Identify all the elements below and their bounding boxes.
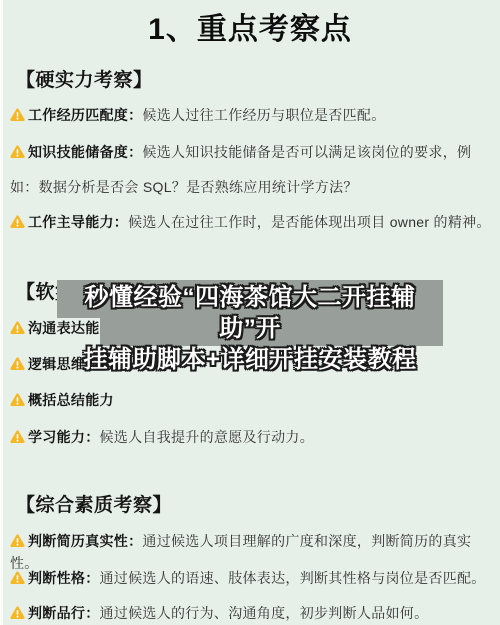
warning-icon [10,357,25,371]
bullet-desc: 通过候选人的语速、肢体表达，判断其性格与岗位是否匹配。 [100,570,486,586]
bullet-term: 判断品行： [28,605,100,621]
warning-icon [10,108,25,122]
bullet-row: 概括总结能力 [10,389,497,411]
warning-icon [10,215,25,229]
bullet-term: 工作主导能力： [28,214,128,230]
bullet-term: 概括总结能力 [28,392,114,408]
bullet-row: 判断性格：通过候选人的语速、肢体表达，判断其性格与岗位是否匹配。 [10,567,497,589]
caption-line-2: 挂辅助脚本+详细开挂安装教程 [57,344,443,375]
section-header-comprehensive: 【综合素质考察】 [16,494,172,518]
bullet-row: 判断品行：通过候选人的行为、沟通角度，初步判断人品如何。 [10,602,497,624]
bullet-term: 判断性格： [28,570,100,586]
bullet-term: 判断简历真实性： [28,533,142,549]
bullet-desc: 通过候选人的行为、沟通角度，初步判断人品如何。 [100,605,429,621]
bullet-desc: 候选人在过往工作时，是否能体现出项目 owner 的精神。 [128,214,491,230]
left-edge-strip [0,0,3,625]
caption-overlay-text: 秒懂经验“四海茶馆大二开挂辅助”开 挂辅助脚本+详细开挂安装教程 [57,282,443,375]
bullet-term: 工作经历匹配度： [28,107,142,123]
bullet-desc: 候选人过往工作经历与职位是否匹配。 [142,107,385,123]
warning-icon [10,321,25,335]
warning-icon [10,430,25,444]
bullet-term: 知识技能储备度： [28,144,142,160]
bullet-row: 工作主导能力：候选人在过往工作时，是否能体现出项目 owner 的精神。 [10,211,497,233]
section-header-hard-skills: 【硬实力考察】 [16,69,153,93]
bullet-desc: 候选人自我提升的意愿及行动力。 [100,429,315,445]
page-title: 1、重点考察点 [0,12,500,48]
warning-icon [10,571,25,585]
warning-icon [10,534,25,548]
bullet-term: 学习能力： [28,429,100,445]
warning-icon [10,145,25,159]
bullet-row: 工作经历匹配度：候选人过往工作经历与职位是否匹配。 [10,104,497,126]
document-page: 1、重点考察点 【硬实力考察】 工作经历匹配度：候选人过往工作经历与职位是否匹配… [0,0,500,625]
bullet-row: 学习能力：候选人自我提升的意愿及行动力。 [10,426,497,448]
caption-line-1: 秒懂经验“四海茶馆大二开挂辅助”开 [57,282,443,344]
warning-icon [10,393,25,407]
warning-icon [10,606,25,620]
bullet-row: 知识技能储备度：候选人知识技能储备是否可以满足该岗位的要求，例如：数据分析是否会… [10,135,497,205]
